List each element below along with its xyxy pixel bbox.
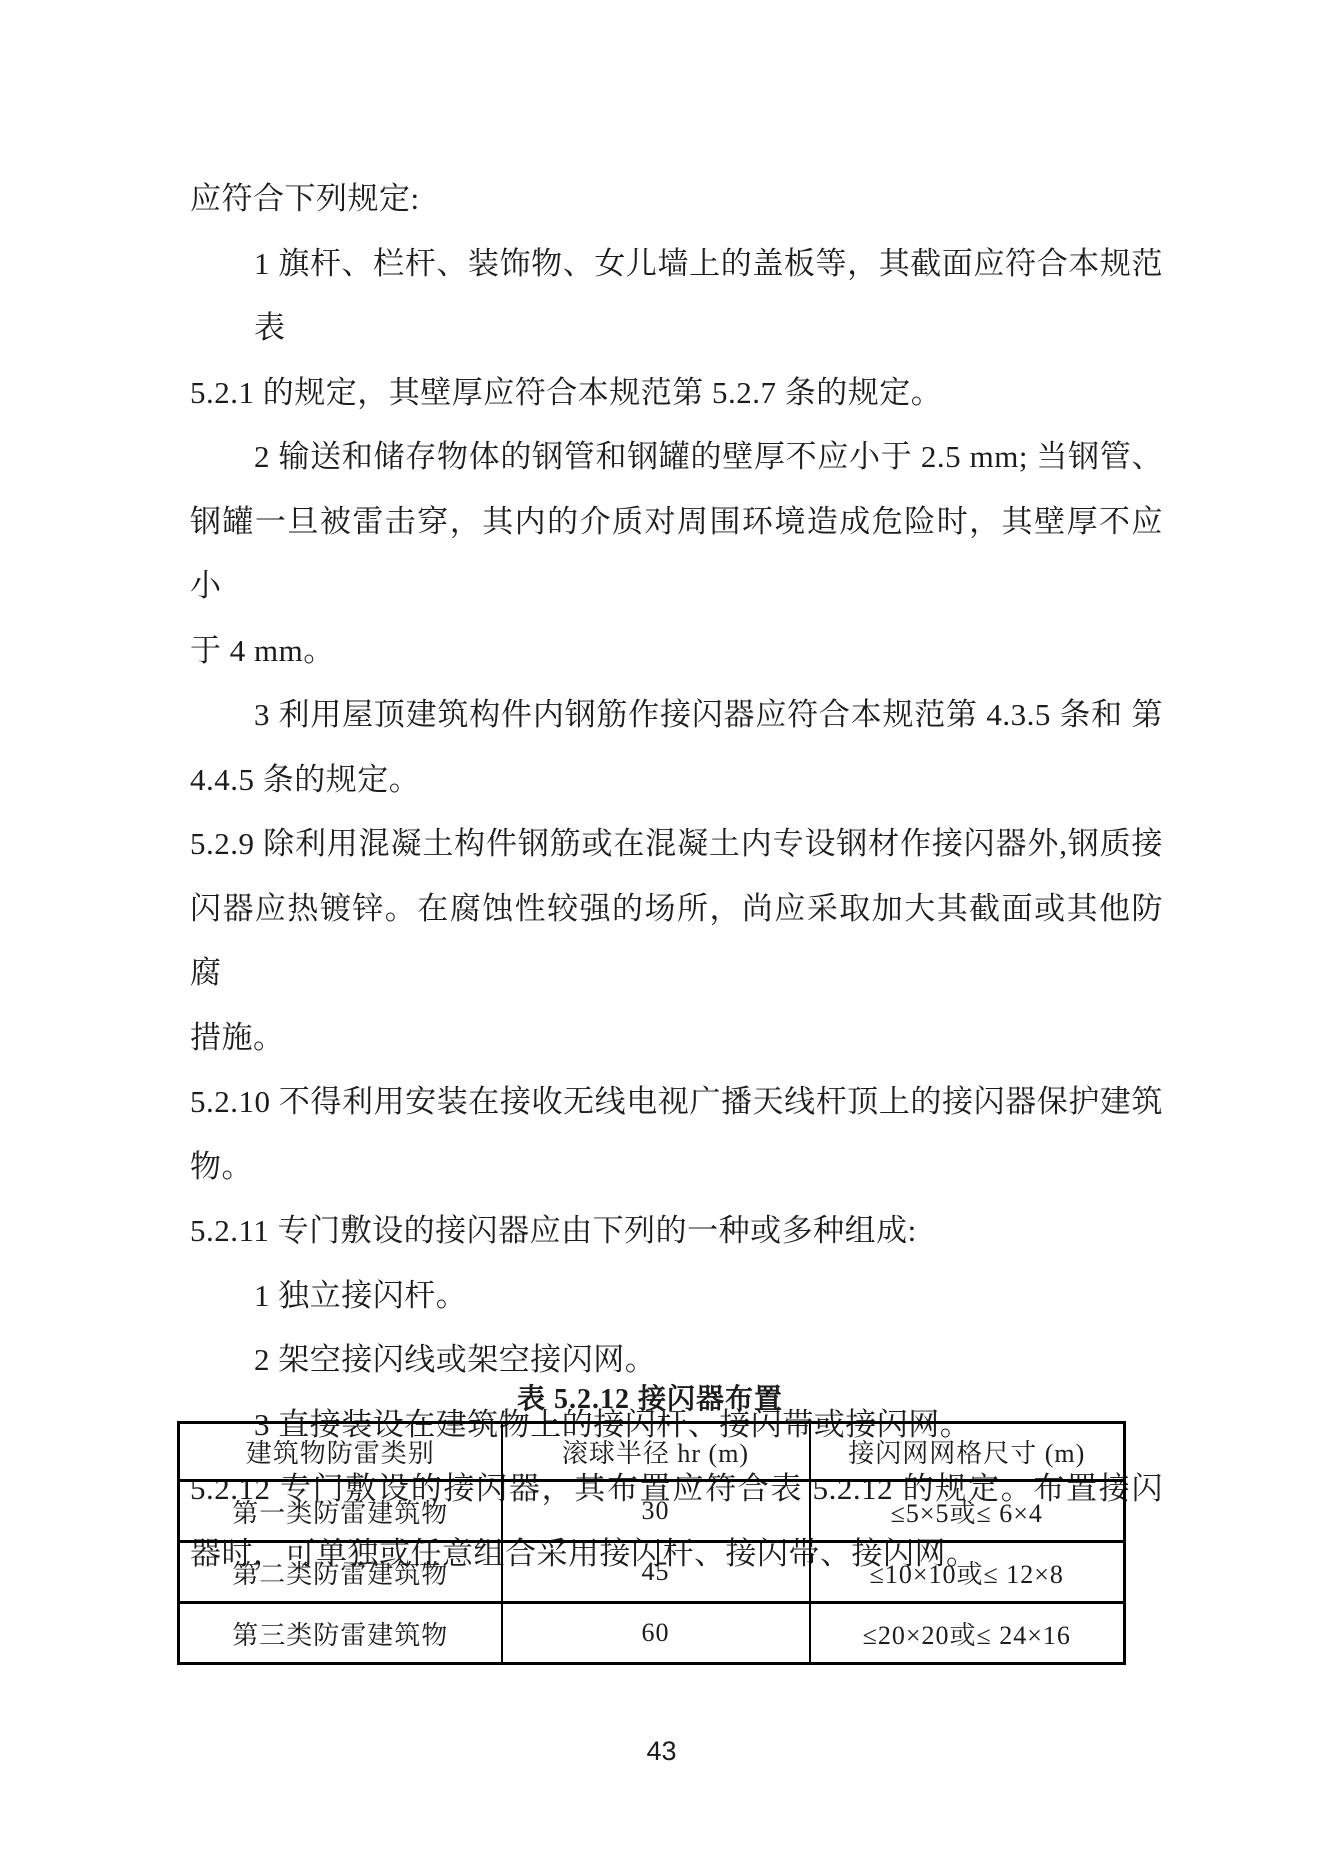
table-cell: ≤5×5或≤ 6×4 (810, 1481, 1125, 1542)
table-cell: 第三类防雷建筑物 (179, 1603, 502, 1664)
table-cell: ≤20×20或≤ 24×16 (810, 1603, 1125, 1664)
text-line: 1 独立接闪杆。 (190, 1264, 1163, 1329)
table-header-cell: 滚球半径 hr (m) (502, 1423, 810, 1481)
table-header-cell: 建筑物防雷类别 (179, 1423, 502, 1481)
text-line: 于 4 mm。 (190, 619, 1163, 684)
table-caption: 表 5.2.12 接闪器布置 (177, 1378, 1123, 1422)
text-line: 钢罐一旦被雷击穿，其内的介质对周围环境造成危险时，其壁厚不应小 (190, 490, 1163, 619)
table-row: 第三类防雷建筑物60≤20×20或≤ 24×16 (179, 1603, 1125, 1664)
table-cell: 30 (502, 1481, 810, 1542)
text-line: 2 输送和储存物体的钢管和钢罐的壁厚不应小于 2.5 mm; 当钢管、 (190, 425, 1163, 490)
table-header-row: 建筑物防雷类别滚球半径 hr (m)接闪网网格尺寸 (m) (179, 1423, 1125, 1481)
text-line: 5.2.1 的规定，其壁厚应符合本规范第 5.2.7 条的规定。 (190, 361, 1163, 426)
text-line: 3 利用屋顶建筑构件内钢筋作接闪器应符合本规范第 4.3.5 条和 第 (190, 683, 1163, 748)
table-cell: 第二类防雷建筑物 (179, 1542, 502, 1603)
text-line: 5.2.10 不得利用安装在接收无线电视广播天线杆顶上的接闪器保护建筑 (190, 1070, 1163, 1135)
text-line: 应符合下列规定: (190, 167, 1163, 232)
document-page: 应符合下列规定:1 旗杆、栏杆、装饰物、女儿墙上的盖板等，其截面应符合本规范表5… (0, 0, 1323, 1871)
table-cell: 第一类防雷建筑物 (179, 1481, 502, 1542)
page-number: 43 (0, 1736, 1323, 1767)
table-row: 第一类防雷建筑物30≤5×5或≤ 6×4 (179, 1481, 1125, 1542)
text-line: 物。 (190, 1135, 1163, 1200)
lightning-rod-arrangement-table: 建筑物防雷类别滚球半径 hr (m)接闪网网格尺寸 (m) 第一类防雷建筑物30… (177, 1421, 1126, 1665)
table-row: 第二类防雷建筑物45≤10×10或≤ 12×8 (179, 1542, 1125, 1603)
table-header-cell: 接闪网网格尺寸 (m) (810, 1423, 1125, 1481)
text-line: 措施。 (190, 1006, 1163, 1071)
text-line: 1 旗杆、栏杆、装饰物、女儿墙上的盖板等，其截面应符合本规范表 (190, 232, 1163, 361)
table-cell: ≤10×10或≤ 12×8 (810, 1542, 1125, 1603)
table-cell: 45 (502, 1542, 810, 1603)
table-body: 第一类防雷建筑物30≤5×5或≤ 6×4第二类防雷建筑物45≤10×10或≤ 1… (179, 1481, 1125, 1664)
table-cell: 60 (502, 1603, 810, 1664)
text-line: 5.2.11 专门敷设的接闪器应由下列的一种或多种组成: (190, 1199, 1163, 1264)
text-line: 4.4.5 条的规定。 (190, 748, 1163, 813)
text-line: 5.2.9 除利用混凝土构件钢筋或在混凝土内专设钢材作接闪器外,钢质接 (190, 812, 1163, 877)
text-line: 闪器应热镀锌。在腐蚀性较强的场所，尚应采取加大其截面或其他防腐 (190, 877, 1163, 1006)
table-head: 建筑物防雷类别滚球半径 hr (m)接闪网网格尺寸 (m) (179, 1423, 1125, 1481)
body-lines: 应符合下列规定:1 旗杆、栏杆、装饰物、女儿墙上的盖板等，其截面应符合本规范表5… (190, 167, 1163, 1586)
